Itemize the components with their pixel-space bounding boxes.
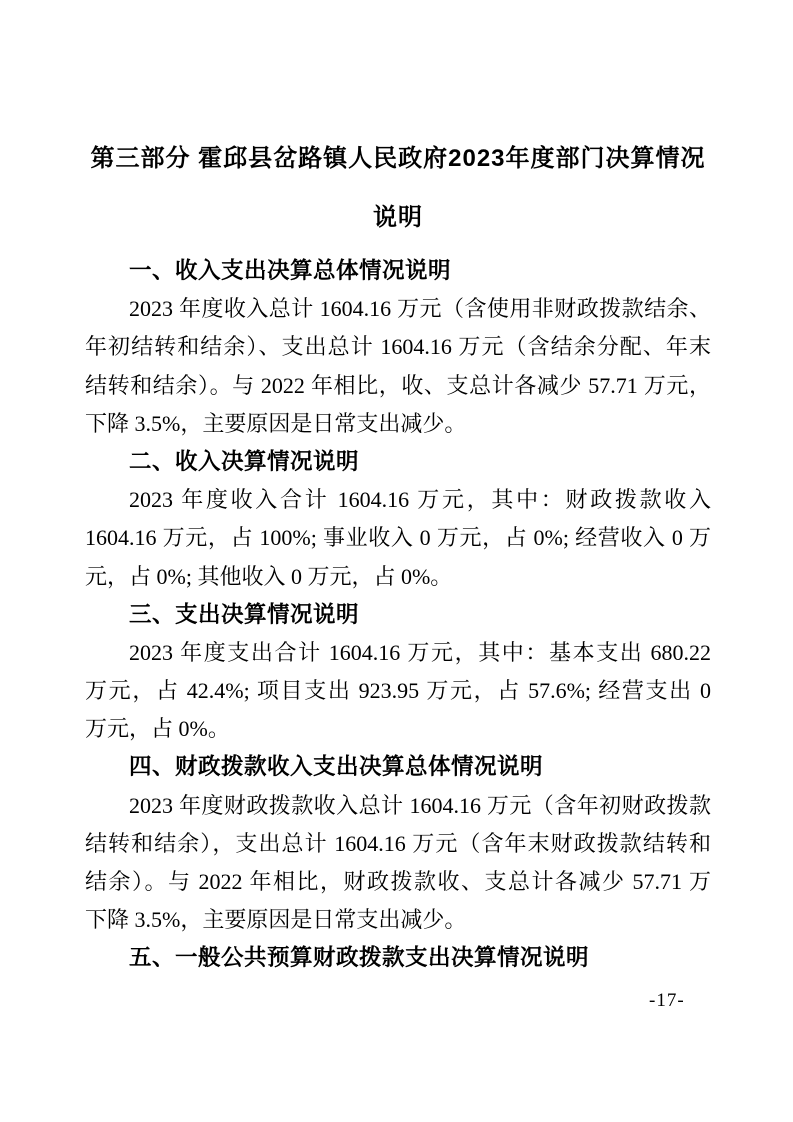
section-3-line-3: 万元，占 0%。 (85, 710, 711, 748)
section-4-heading: 四、财政拨款收入支出决算总体情况说明 (85, 748, 711, 786)
section-1-line-4: 下降 3.5%，主要原因是日常支出减少。 (85, 405, 711, 443)
section-4-line-3: 结余）。与 2022 年相比，财政拨款收、支总计各减少 57.71 万元， (85, 863, 711, 901)
section-5-heading: 五、一般公共预算财政拨款支出决算情况说明 (85, 939, 711, 977)
document-page: 第三部分 霍邱县岔路镇人民政府2023年度部门决算情况 说明 一、收入支出决算总… (0, 0, 793, 1122)
section-2-heading: 二、收入决算情况说明 (85, 443, 711, 481)
document-title-line-1: 第三部分 霍邱县岔路镇人民政府2023年度部门决算情况 (85, 142, 711, 176)
section-1-heading: 一、收入支出决算总体情况说明 (85, 252, 711, 290)
section-2-line-3: 元，占 0%; 其他收入 0 万元，占 0%。 (85, 558, 711, 596)
sections: 一、收入支出决算总体情况说明 2023 年度收入总计 1604.16 万元（含使… (85, 252, 711, 978)
section-3-line-2: 万元，占 42.4%; 项目支出 923.95 万元，占 57.6%; 经营支出… (85, 672, 711, 710)
document-title-line-2: 说明 (85, 201, 711, 235)
section-3-line-1: 2023 年度支出合计 1604.16 万元，其中：基本支出 680.22 (85, 634, 711, 672)
page-number: -17- (649, 990, 685, 1012)
document-content: 第三部分 霍邱县岔路镇人民政府2023年度部门决算情况 说明 一、收入支出决算总… (85, 0, 711, 978)
section-2-line-2: 1604.16 万元，占 100%; 事业收入 0 万元，占 0%; 经营收入 … (85, 519, 711, 557)
section-1-line-3: 结转和结余）。与 2022 年相比，收、支总计各减少 57.71 万元， (85, 367, 711, 405)
section-4-line-1: 2023 年度财政拨款收入总计 1604.16 万元（含年初财政拨款 (85, 787, 711, 825)
section-4-line-4: 下降 3.5%，主要原因是日常支出减少。 (85, 901, 711, 939)
section-2-line-1: 2023 年度收入合计 1604.16 万元，其中：财政拨款收入 (85, 481, 711, 519)
section-4-line-2: 结转和结余），支出总计 1604.16 万元（含年末财政拨款结转和 (85, 825, 711, 863)
section-3-heading: 三、支出决算情况说明 (85, 596, 711, 634)
section-1-line-2: 年初结转和结余）、支出总计 1604.16 万元（含结余分配、年末 (85, 328, 711, 366)
section-1-line-1: 2023 年度收入总计 1604.16 万元（含使用非财政拨款结余、 (85, 290, 711, 328)
